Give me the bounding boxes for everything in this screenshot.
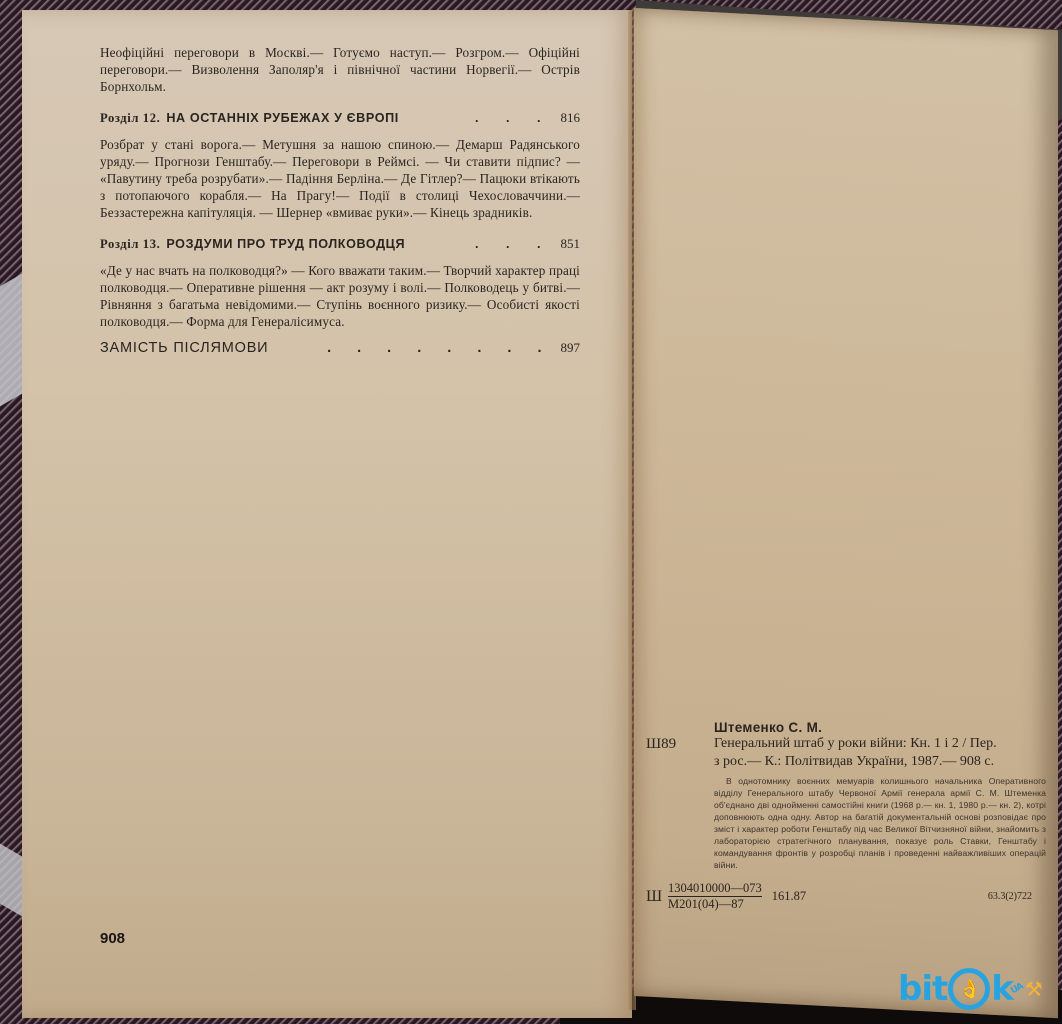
toc-entry-chapter-13: Розділ 13. РОЗДУМИ ПРО ТРУД ПОЛКОВОДЦЯ .…: [100, 236, 580, 252]
card-title-line-2: з рос.— К.: Політвидав України, 1987.— 9…: [714, 753, 1046, 771]
dot-leader: . . . . . . . .: [268, 340, 560, 356]
card-title-row-2: з рос.— К.: Політвидав України, 1987.— 9…: [646, 753, 1046, 771]
gavel-icon: ⚒: [1025, 977, 1042, 1001]
call-number: Ш89: [646, 735, 714, 753]
toc-entry-chapter-12: Розділ 12. НА ОСТАННІХ РУБЕЖАХ У ЄВРОПІ …: [100, 110, 580, 126]
card-classification: Ш 1304010000—073 М201(04)—87 161.87 63.3…: [646, 881, 1046, 912]
chapter-summary: Розбрат у стані ворога.— Метушня за нашо…: [100, 136, 580, 222]
price-code: 161.87: [772, 889, 806, 904]
code-numerator: 1304010000—073: [668, 881, 762, 897]
afterword-page-number: 897: [561, 340, 581, 356]
index-letter: Ш: [646, 888, 668, 906]
chapter-page-number: 851: [561, 236, 581, 252]
card-title-row: Ш89 Генеральний штаб у роки війни: Кн. 1…: [646, 735, 1046, 753]
ok-hand-icon: 👌: [948, 968, 990, 1010]
right-page: Штеменко С. М. Ш89 Генеральний штаб у ро…: [634, 8, 1058, 1018]
chapter-title: НА ОСТАННІХ РУБЕЖАХ У ЄВРОПІ: [166, 111, 399, 125]
page-number: 908: [100, 930, 125, 947]
background-cloth-pattern: [0, 274, 22, 407]
chapter-prefix: Розділ 13.: [100, 237, 160, 252]
toc-intro-summary: Неофіційні переговори в Москві.— Готуємо…: [100, 44, 580, 96]
catalog-card: Штеменко С. М. Ш89 Генеральний штаб у ро…: [646, 720, 1046, 912]
dot-leader: . . .: [405, 237, 560, 251]
bbk-code: 63.3(2)722: [988, 891, 1032, 902]
card-annotation: В однотомнику воєнних мемуарів колишньог…: [714, 775, 1046, 871]
dot-leader: . . .: [399, 111, 561, 125]
chapter-prefix: Розділ 12.: [100, 111, 160, 126]
toc-entry-afterword: ЗАМІСТЬ ПІСЛЯМОВИ . . . . . . . . 897: [100, 340, 580, 356]
card-author: Штеменко С. М.: [714, 720, 1046, 735]
background-cloth-pattern: [0, 844, 22, 917]
afterword-title: ЗАМІСТЬ ПІСЛЯМОВИ: [100, 340, 268, 356]
table-of-contents: Неофіційні переговори в Москві.— Готуємо…: [100, 44, 580, 366]
watermark-text-left: bit: [898, 969, 947, 1009]
classification-code: 1304010000—073 М201(04)—87: [668, 881, 762, 912]
chapter-summary: «Де у нас вчать на полководця?» — Кого в…: [100, 262, 580, 331]
code-denominator: М201(04)—87: [668, 897, 762, 912]
chapter-title: РОЗДУМИ ПРО ТРУД ПОЛКОВОДЦЯ: [166, 237, 405, 251]
annotation-text: В однотомнику воєнних мемуарів колишньог…: [714, 775, 1046, 871]
card-title-line-1: Генеральний штаб у роки війни: Кн. 1 і 2…: [714, 735, 1046, 753]
chapter-page-number: 816: [561, 110, 581, 126]
bitok-watermark-logo: bit 👌 k UA ⚒: [898, 968, 1042, 1010]
